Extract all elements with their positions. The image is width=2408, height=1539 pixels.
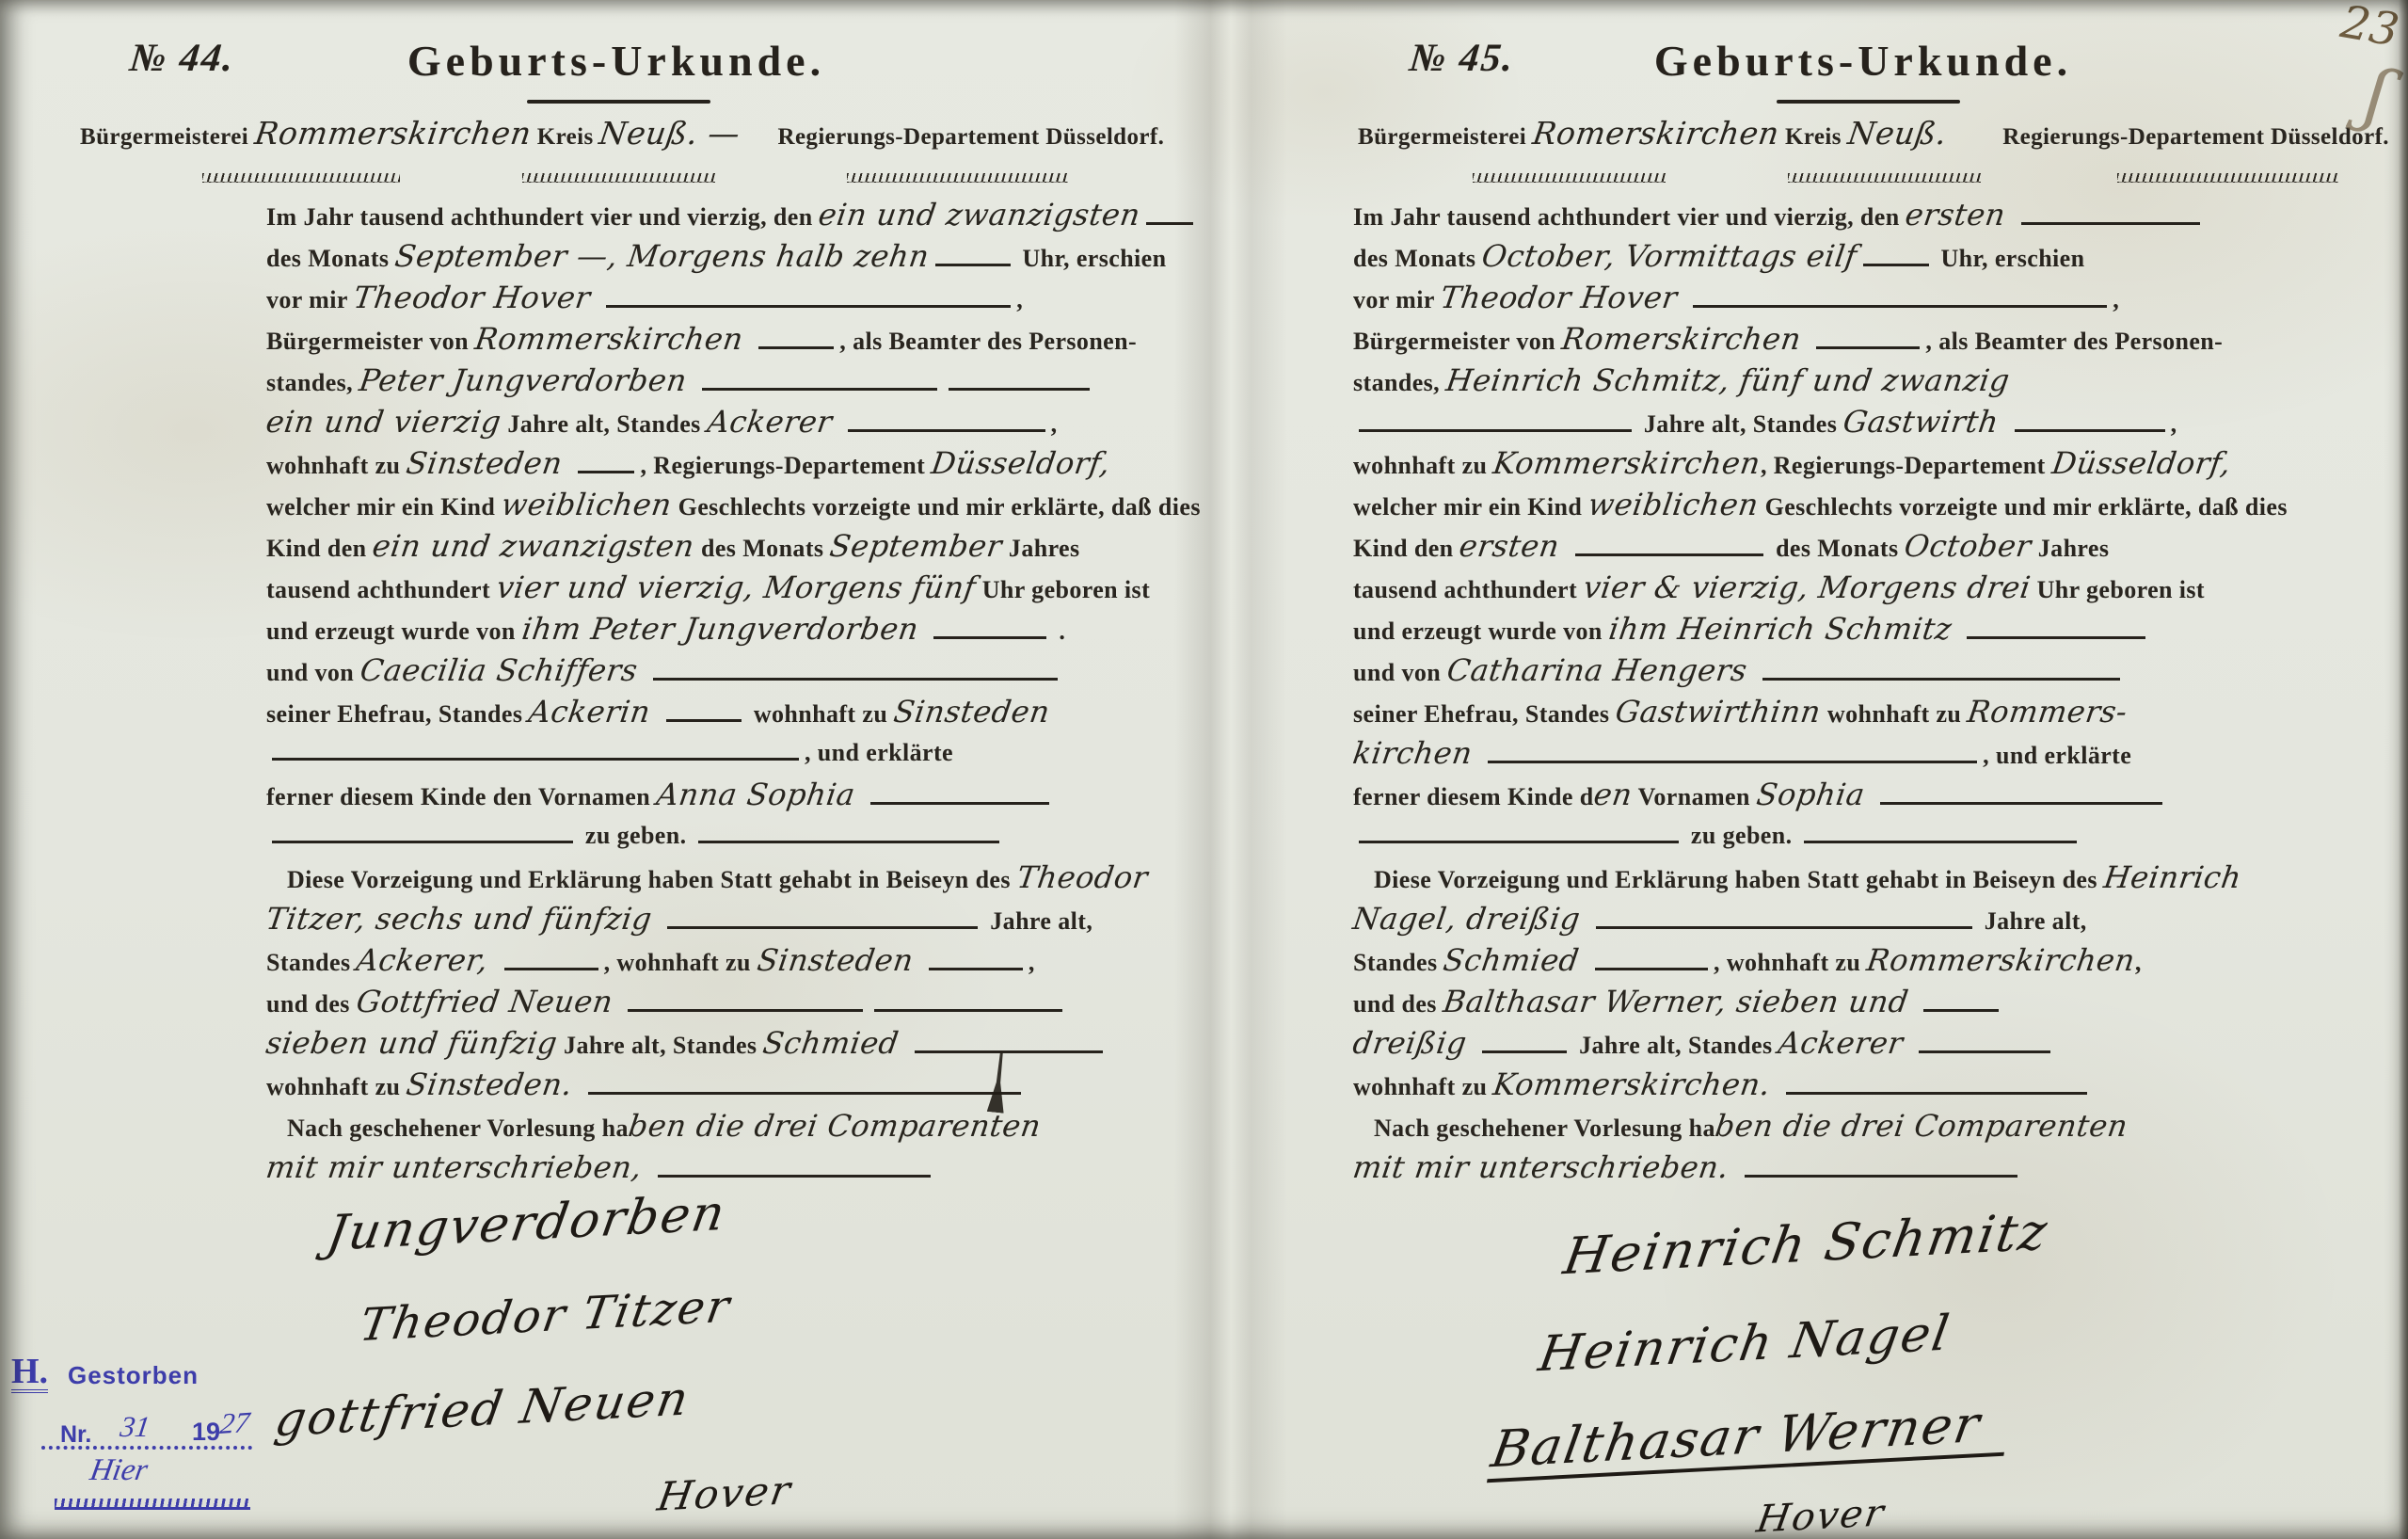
- scan-vignette: [0, 0, 2408, 1539]
- scanned-register-page: № 44. Geburts-Urkunde. Bürgermeisterei R…: [0, 0, 2408, 1539]
